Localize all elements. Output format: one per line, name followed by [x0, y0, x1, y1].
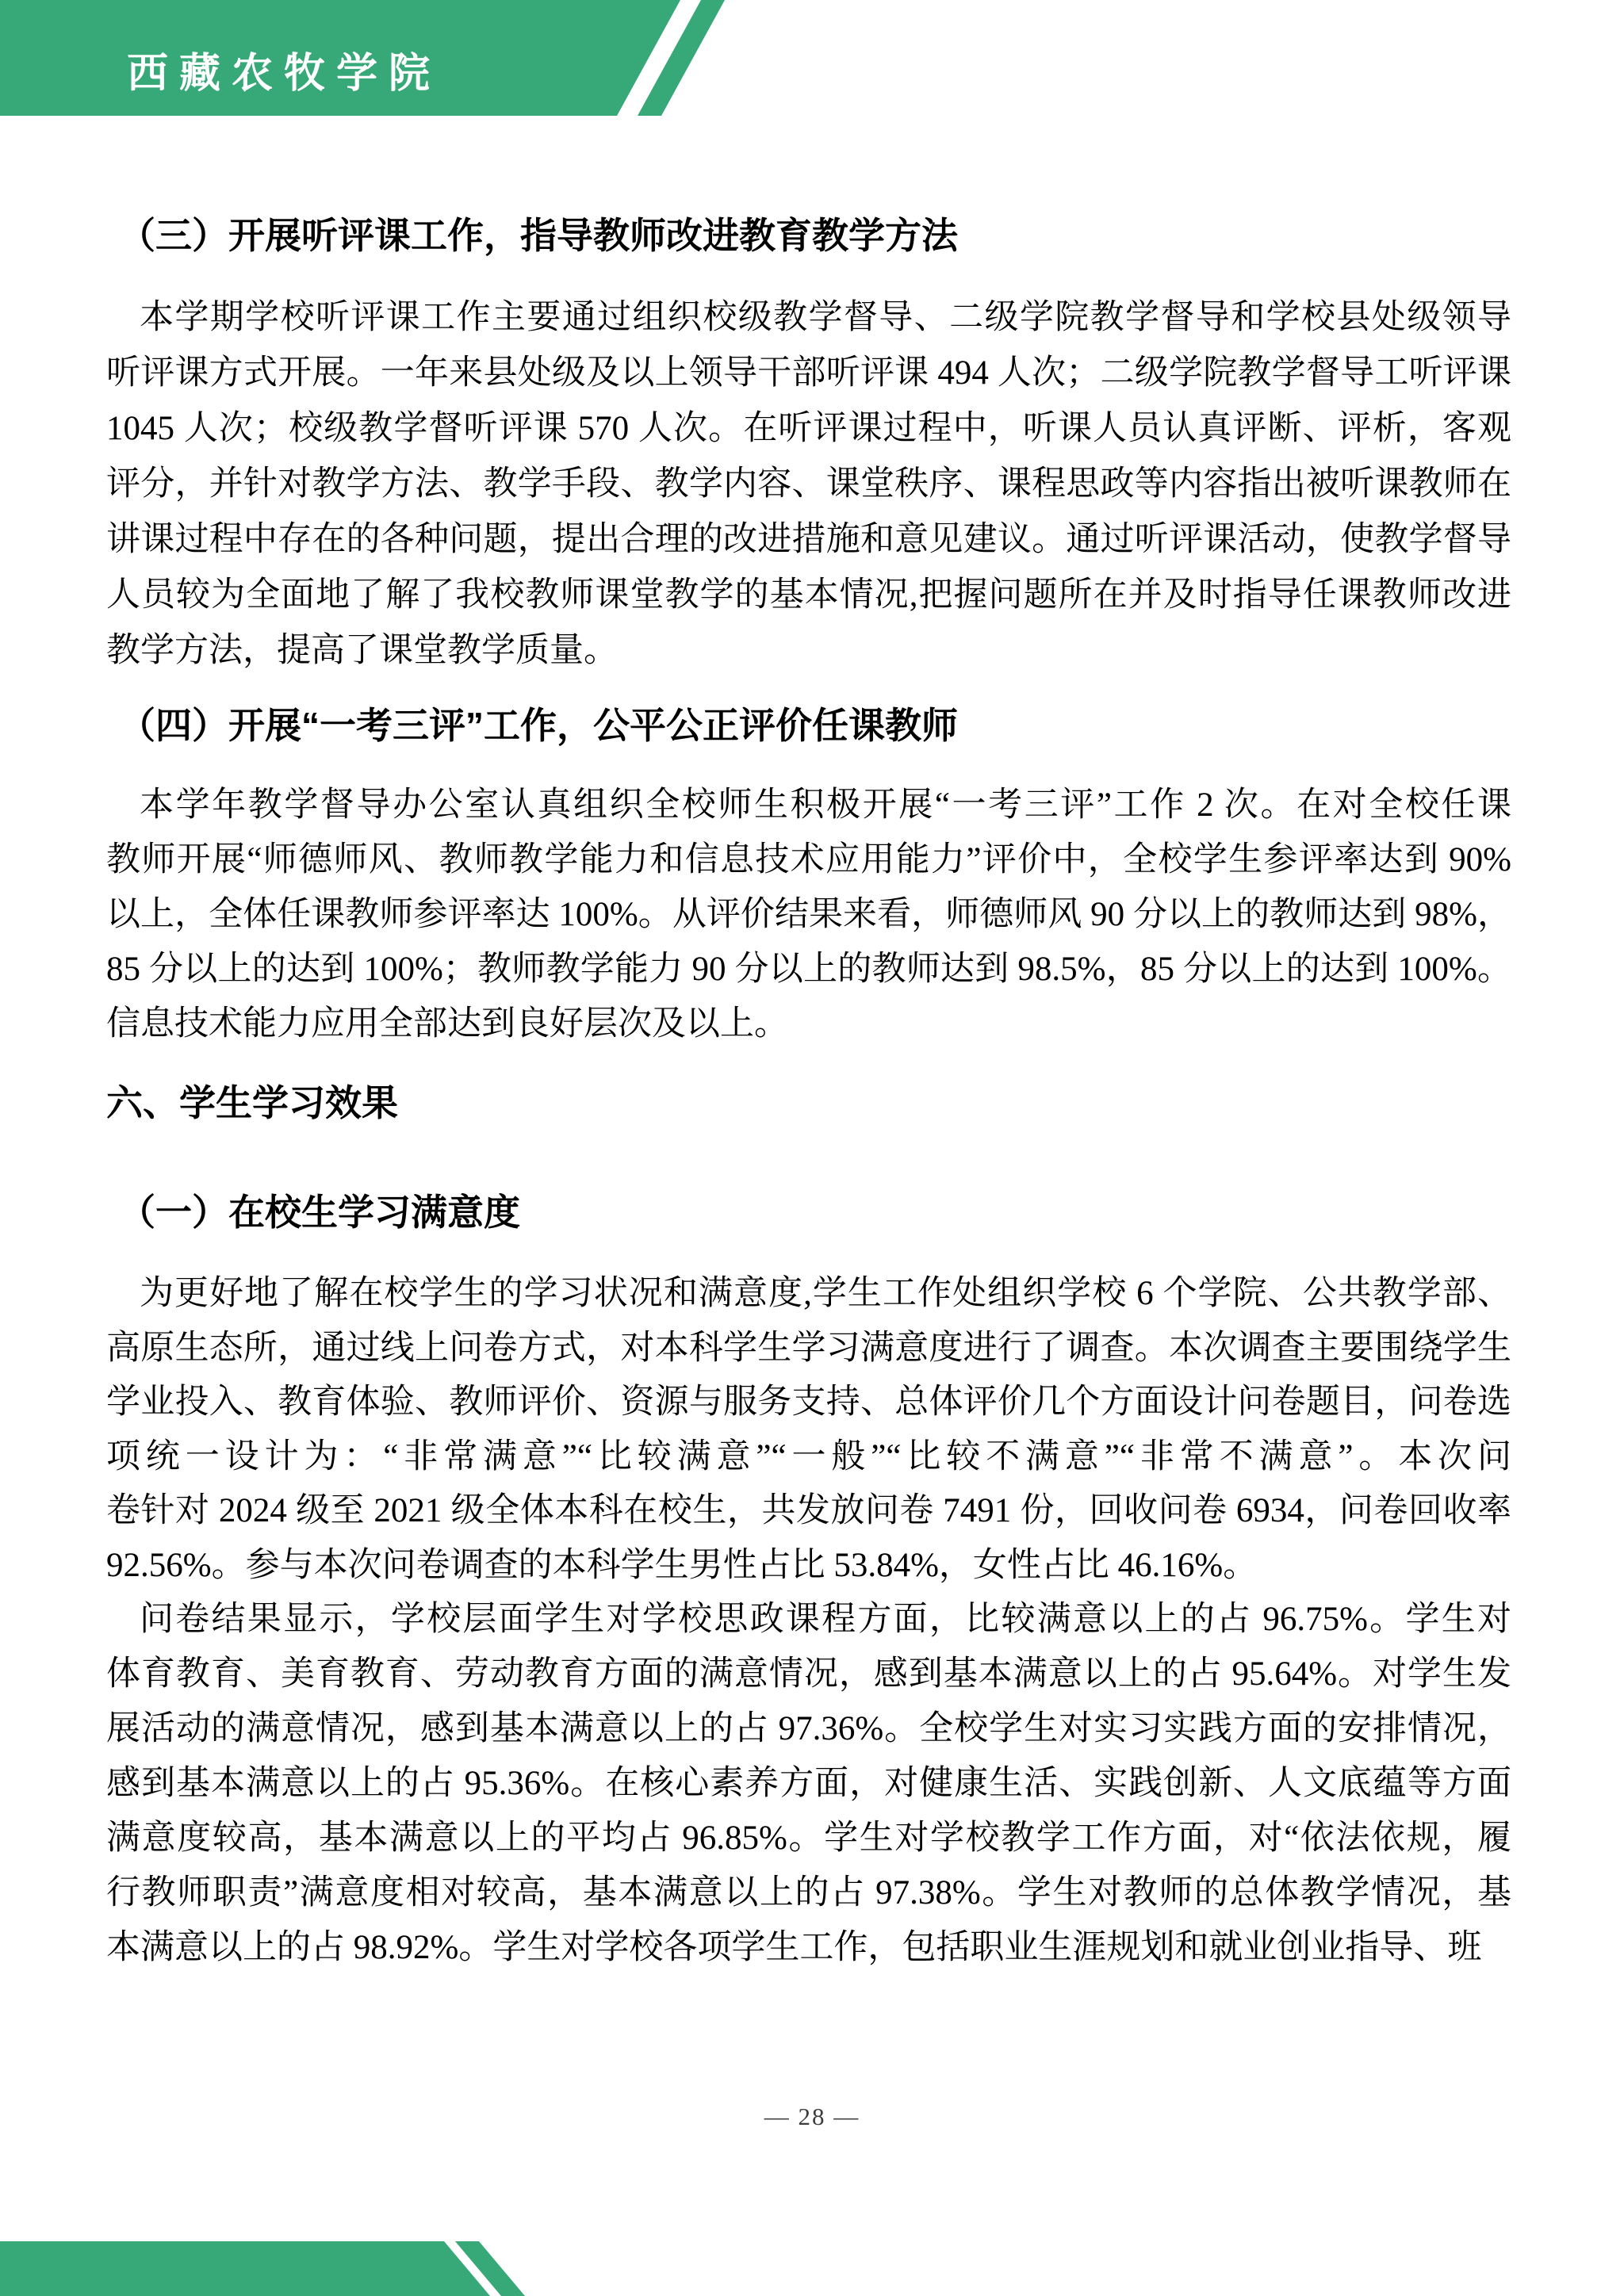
text-line: 评分，并针对教学方法、教学手段、教学内容、课堂秩序、课程思政等内容指出被听课教师…: [106, 457, 1511, 512]
text-line: 人员较为全面地了解了我校教师课堂教学的基本情况,把握问题所在并及时指导任课教师改…: [106, 568, 1511, 623]
text-line: 以上，全体任课教师参评率达 100%。从评价结果来看，师德师风 90 分以上的教…: [106, 887, 1511, 942]
paragraph-satisfaction-survey: 为更好地了解在校学生的学习状况和满意度,学生工作处组织学校 6 个学院、公共教学…: [106, 1267, 1511, 1593]
text-line: 1045 人次；校级教学督听评课 570 人次。在听评课过程中，听课人员认真评断…: [106, 401, 1511, 457]
text-line: 项统一设计为：“非常满意”“比较满意”“一般”“比较不满意”“非常不满意”。本次…: [106, 1430, 1511, 1485]
heading-section-1: （一）在校生学习满意度: [119, 1189, 1511, 1235]
text-line: 听评课方式开展。一年来县处级及以上领导干部听评课 494 人次；二级学院教学督导…: [106, 346, 1511, 401]
text-line: 信息技术能力应用全部达到良好层次及以上。: [106, 997, 1511, 1051]
page-header-banner: 西藏农牧学院: [0, 0, 1624, 116]
text-line: 问卷结果显示，学校层面学生对学校思政课程方面，比较满意以上的占 96.75%。学…: [106, 1592, 1511, 1647]
paragraph-listening-evaluation: 本学期学校听评课工作主要通过组织校级教学督导、二级学院教学督导和学校县处级领导听…: [106, 290, 1511, 679]
text-line: 为更好地了解在校学生的学习状况和满意度,学生工作处组织学校 6 个学院、公共教学…: [106, 1267, 1511, 1322]
text-line: 教学方法，提高了课堂教学质量。: [106, 623, 1511, 679]
page-number: — 28 —: [0, 2101, 1624, 2133]
text-line: 感到基本满意以上的占 95.36%。在核心素养方面，对健康生活、实践创新、人文底…: [106, 1756, 1511, 1811]
paragraph-one-exam-three-evaluations: 本学年教学督导办公室认真组织全校师生积极开展“一考三评”工作 2 次。在对全校任…: [106, 778, 1511, 1051]
text-line: 教师开展“师德师风、教师教学能力和信息技术应用能力”评价中，全校学生参评率达到 …: [106, 832, 1511, 887]
text-line: 92.56%。参与本次问卷调查的本科学生男性占比 53.84%，女性占比 46.…: [106, 1539, 1511, 1594]
heading-chapter-6: 六、学生学习效果: [106, 1080, 1511, 1126]
paragraph-survey-results: 问卷结果显示，学校层面学生对学校思政课程方面，比较满意以上的占 96.75%。学…: [106, 1592, 1511, 1975]
text-line: 体育教育、美育教育、劳动教育方面的满意情况，感到基本满意以上的占 95.64%。…: [106, 1647, 1511, 1701]
text-line: 讲课过程中存在的各种问题，提出合理的改进措施和意见建议。通过听评课活动，使教学督…: [106, 512, 1511, 568]
document-page: 西藏农牧学院 （三）开展听评课工作，指导教师改进教育教学方法 本学期学校听评课工…: [0, 0, 1624, 2296]
heading-section-4: （四）开展“一考三评”工作，公平公正评价任课教师: [119, 702, 1511, 748]
footer-green-band: [0, 2241, 1624, 2296]
text-line: 学业投入、教育体验、教师评价、资源与服务支持、总体评价几个方面设计问卷题目，问卷…: [106, 1376, 1511, 1430]
text-line: 85 分以上的达到 100%；教师教学能力 90 分以上的教师达到 98.5%，…: [106, 942, 1511, 997]
text-line: 卷针对 2024 级至 2021 级全体本科在校生，共发放问卷 7491 份，回…: [106, 1484, 1511, 1539]
text-line: 本学年教学督导办公室认真组织全校师生积极开展“一考三评”工作 2 次。在对全校任…: [106, 778, 1511, 832]
text-line: 满意度较高，基本满意以上的平均占 96.85%。学生对学校教学工作方面，对“依法…: [106, 1811, 1511, 1865]
text-line: 本学期学校听评课工作主要通过组织校级教学督导、二级学院教学督导和学校县处级领导: [106, 290, 1511, 346]
text-line: 高原生态所，通过线上问卷方式，对本科学生学习满意度进行了调查。本次调查主要围绕学…: [106, 1322, 1511, 1376]
page-footer-banner: [0, 2241, 1624, 2296]
text-line: 本满意以上的占 98.92%。学生对学校各项学生工作，包括职业生涯规划和就业创业…: [106, 1920, 1511, 1975]
text-line: 行教师职责”满意度相对较高，基本满意以上的占 97.38%。学生对教师的总体教学…: [106, 1865, 1511, 1920]
school-name: 西藏农牧学院: [127, 54, 441, 95]
text-line: 展活动的满意情况，感到基本满意以上的占 97.36%。全校学生对实习实践方面的安…: [106, 1701, 1511, 1756]
heading-section-3: （三）开展听评课工作，指导教师改进教育教学方法: [119, 212, 1511, 258]
